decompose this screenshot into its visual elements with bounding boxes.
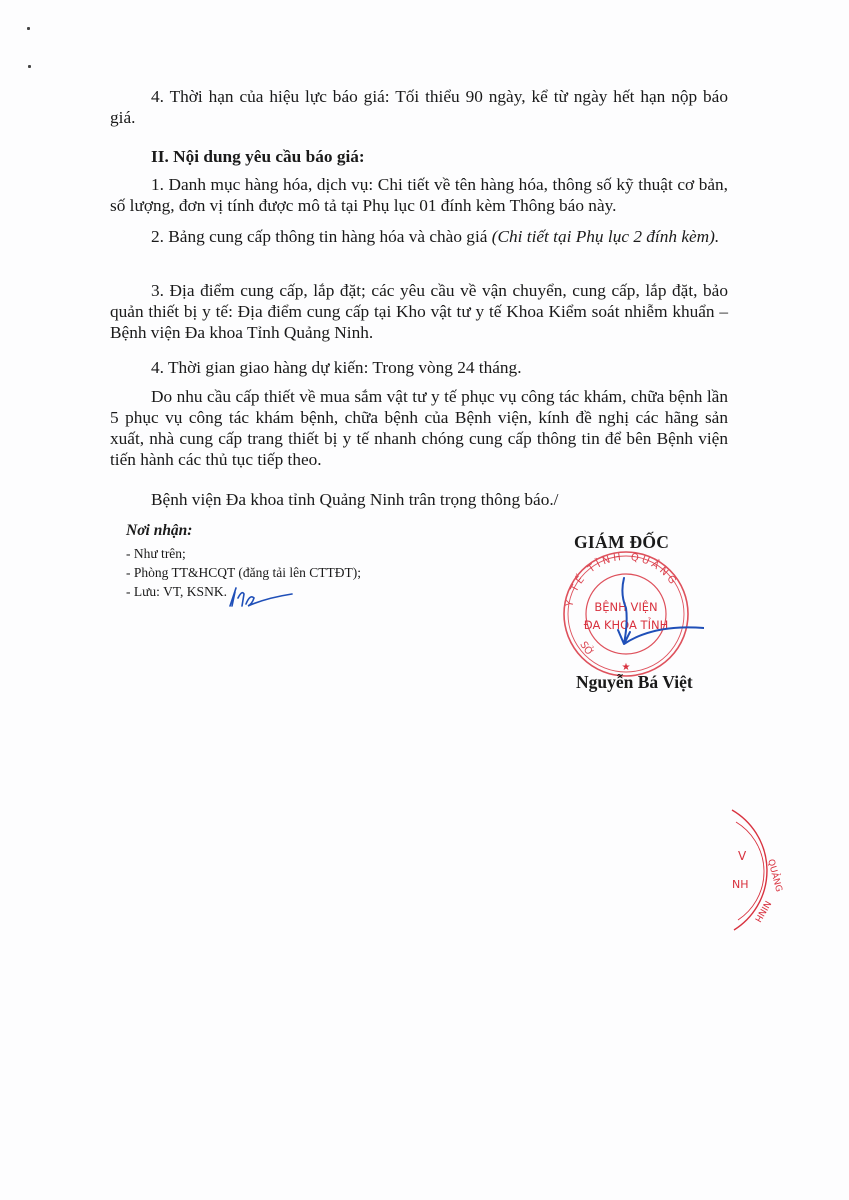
paragraph-item-3: 3. Địa điểm cung cấp, lắp đặt; các yêu c…: [110, 280, 728, 343]
seam-seal: V NH QUẢNG NINH: [720, 800, 849, 940]
paragraph-item-2: 2. Bảng cung cấp thông tin hàng hóa và c…: [110, 226, 728, 247]
scan-speck: [28, 65, 31, 68]
signer-title: GIÁM ĐỐC: [574, 532, 669, 553]
recipient-item: - Lưu: VT, KSNK.: [126, 584, 227, 600]
seam-arc-text: QUẢNG: [765, 858, 785, 894]
section-heading: II. Nội dung yêu cầu báo giá:: [110, 146, 728, 167]
recipient-item: - Như trên;: [126, 546, 186, 562]
scan-speck: [27, 27, 30, 30]
paragraph-request: Do nhu cầu cấp thiết về mua sắm vật tư y…: [110, 386, 728, 470]
paragraph-validity: 4. Thời hạn của hiệu lực báo giá: Tối th…: [110, 86, 728, 128]
seam-fragment-1: V: [738, 849, 747, 863]
initials-mark: [226, 584, 296, 610]
recipients-title: Nơi nhận:: [126, 522, 192, 540]
paragraph-closing: Bệnh viện Đa khoa tỉnh Quảng Ninh trân t…: [110, 489, 728, 510]
official-seal: Y TẾ TỈNH QUẢNG SỞ BỆNH VIỆN ĐA KHOA TỈN…: [554, 548, 704, 680]
seam-fragment-2: NH: [732, 878, 749, 891]
paragraph-item-4: 4. Thời gian giao hàng dự kiến: Trong vò…: [110, 357, 728, 378]
recipient-item: - Phòng TT&HCQT (đăng tải lên CTTĐT);: [126, 565, 361, 581]
signer-name: Nguyễn Bá Việt: [576, 672, 693, 693]
appendix-note: (Chi tiết tại Phụ lục 2 đính kèm).: [492, 227, 720, 246]
paragraph-item-1: 1. Danh mục hàng hóa, dịch vụ: Chi tiết …: [110, 174, 728, 216]
